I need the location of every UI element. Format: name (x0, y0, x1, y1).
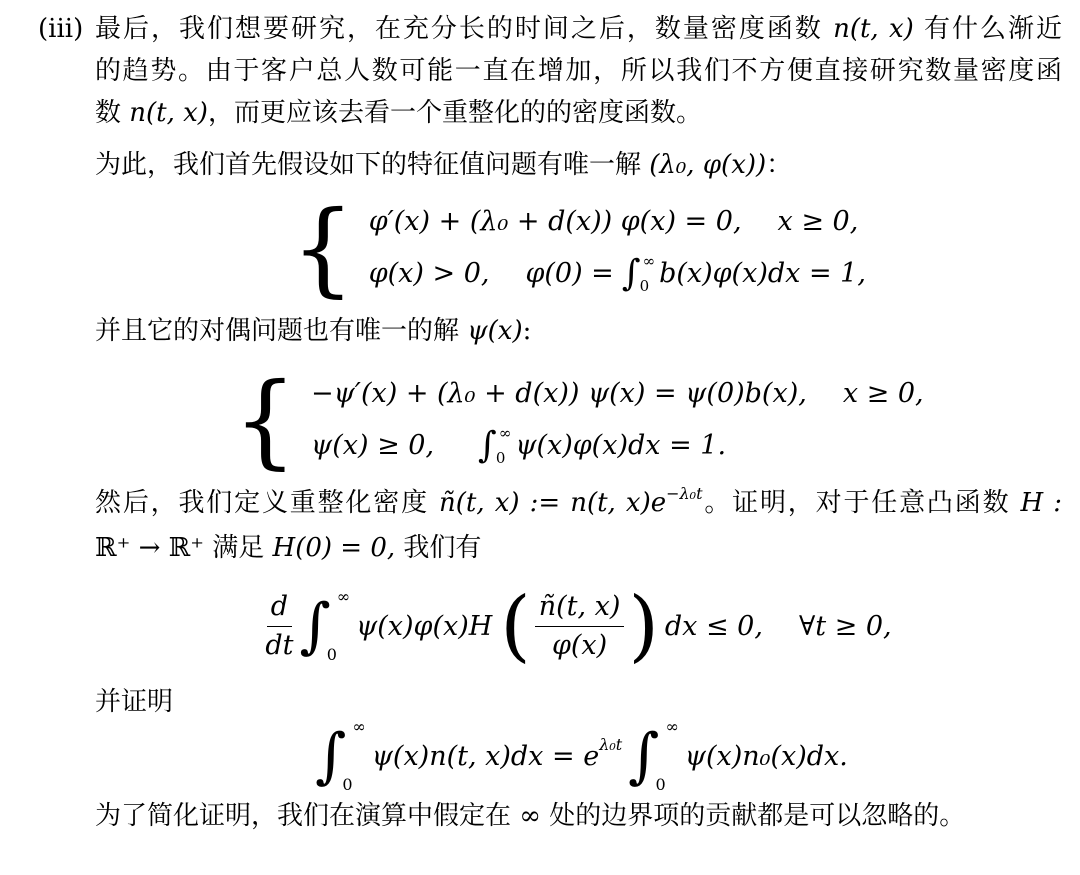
math-run: ψ(x)φ(x)dx = 1. (515, 424, 726, 468)
integral-upper-limit: ∞ (643, 254, 656, 269)
renorm-line-1: 然后，我们定义重整化密度 ñ(t, x) := n(t, x)e−λ₀t。证明，… (95, 482, 1062, 527)
inline-math: (λ₀, φ(x)) (649, 150, 766, 180)
intro-line-3: 数 n(t, x)，而更应该去看一个重整化的的密度函数。 (95, 92, 1062, 134)
inline-math: H : (1021, 488, 1063, 518)
integral-upper-limit: ∞ (352, 719, 365, 735)
integral-limits: ∞0 (641, 254, 656, 294)
eigenvalue-intro-paragraph: 为此，我们首先假设如下的特征值问题有唯一解 (λ₀, φ(x))： (95, 144, 1062, 186)
cases-block: { φ′(x) + (λ₀ + d(x)) φ(x) = 0,x ≥ 0, φ(… (291, 200, 866, 296)
text-run: 然后，我们定义重整化密度 (95, 488, 439, 518)
exponent-superscript: λ₀t (599, 735, 622, 754)
big-left-paren: ( (500, 587, 530, 665)
item-marker: (iii) (38, 8, 95, 837)
math-run: x ≥ 0, (843, 372, 924, 416)
item-content: 最后，我们想要研究，在充分长的时间之后，数量密度函数 n(t, x) 有什么渐近… (95, 8, 1062, 837)
math-run: b(x)φ(x)dx = 1, (659, 252, 866, 296)
integral-limits: ∞0 (346, 723, 365, 789)
text-run: : (523, 316, 532, 346)
conservation-equation: ∫ ∞0 ψ(x)n(t, x)dx = eλ₀t ∫ ∞0 ψ(x)n₀(x)… (95, 723, 1062, 789)
renormalized-density-paragraph: 然后，我们定义重整化密度 ñ(t, x) := n(t, x)e−λ₀t。证明，… (95, 482, 1062, 569)
math-run: x ≥ 0, (778, 200, 859, 244)
exponent-superscript: −λ₀t (666, 484, 702, 503)
inline-math: H(0) = 0, (273, 533, 396, 563)
text-run: 数 (95, 98, 129, 128)
integral-upper-limit: ∞ (337, 589, 350, 605)
integral-inline: ∫ ∞0 (478, 426, 511, 466)
prove-paragraph: 并证明 (95, 681, 1062, 723)
inline-math: ℝ⁺ → ℝ⁺ (95, 533, 204, 563)
final-remark-paragraph: 为了简化证明，我们在演算中假定在 ∞ 处的边界项的贡献都是可以忽略的。 (95, 795, 1062, 837)
integral-lower-limit: 0 (655, 777, 678, 793)
cases-row-1: −ψ′(x) + (λ₀ + d(x)) ψ(x) = ψ(0)b(x),x ≥… (311, 372, 924, 416)
integral-lower-limit: 0 (342, 777, 365, 793)
integral-lower-limit: 0 (496, 451, 512, 466)
dual-problem-equation: { −ψ′(x) + (λ₀ + d(x)) ψ(x) = ψ(0)b(x),x… (95, 372, 1062, 468)
inline-math: ψ(x) (467, 316, 522, 346)
integral-upper-limit: ∞ (499, 426, 512, 441)
fraction-numerator: ñ(t, x) (535, 591, 625, 626)
text-run: 为了简化证明，我们在演算中假定在 (95, 801, 519, 831)
dual-intro-paragraph: 并且它的对偶问题也有唯一的解 ψ(x): (95, 310, 1062, 352)
inner-fraction: ñ(t, x)φ(x) (535, 591, 625, 660)
intro-paragraph: 最后，我们想要研究，在充分长的时间之后，数量密度函数 n(t, x) 有什么渐近… (95, 8, 1062, 134)
cases-row-2: ψ(x) ≥ 0, ∫ ∞0 ψ(x)φ(x)dx = 1. (311, 424, 924, 468)
integral-symbol: ∫ (478, 428, 497, 464)
cases-row-1: φ′(x) + (λ₀ + d(x)) φ(x) = 0,x ≥ 0, (369, 200, 866, 244)
text-run: 有什么渐近 (914, 14, 1062, 44)
math-run: ψ(x)φ(x)H (356, 611, 492, 642)
text-run: 的趋势。由于客户总人数可能一直在增加，所以我们不方便直接研究数量密度函 (95, 56, 1062, 86)
text-run: 。证明，对于任意凸函数 (703, 488, 1021, 518)
left-brace: { (291, 200, 355, 297)
big-right-paren: ) (628, 587, 658, 665)
text-run: 为此，我们首先假设如下的特征值问题有唯一解 (95, 150, 649, 180)
text-run: 并且它的对偶问题也有唯一的解 (95, 316, 467, 346)
text-run: 我们有 (395, 533, 481, 563)
math-run: dx ≤ 0, (665, 611, 763, 642)
integral-limits: ∞0 (659, 723, 678, 789)
intro-line-2: 的趋势。由于客户总人数可能一直在增加，所以我们不方便直接研究数量密度函 (95, 50, 1062, 92)
integral-limits: ∞0 (497, 426, 512, 466)
math-run: φ(0) = (525, 252, 613, 296)
cases-rows: φ′(x) + (λ₀ + d(x)) φ(x) = 0,x ≥ 0, φ(x)… (369, 200, 866, 296)
integral-limits: ∞0 (331, 593, 350, 659)
integral-display: ∫ ∞0 (315, 723, 366, 789)
math-run: ∀t ≥ 0, (799, 611, 892, 642)
math-run: φ(x) > 0, (369, 252, 490, 296)
fraction-denominator: φ(x) (552, 627, 607, 661)
cases-block: { −ψ′(x) + (λ₀ + d(x)) ψ(x) = ψ(0)b(x),x… (233, 372, 923, 468)
math-run: ψ(x)n(t, x)dx = e (372, 741, 599, 772)
eigenvalue-problem-equation: { φ′(x) + (λ₀ + d(x)) φ(x) = 0,x ≥ 0, φ(… (95, 200, 1062, 296)
text-run: ，而更应该去看一个重整化的的密度函数。 (208, 98, 702, 128)
integral-inline: ∫ ∞0 (622, 254, 655, 294)
inline-math: ñ(t, x) := n(t, x)e (439, 488, 666, 518)
entropy-inequality-equation: ddt ∫ ∞0 ψ(x)φ(x)H ( ñ(t, x)φ(x) ) dx ≤ … (95, 587, 1062, 665)
inline-math: n(t, x) (129, 98, 208, 128)
text-run: 并证明 (95, 687, 173, 717)
integral-display: ∫ ∞0 (628, 723, 679, 789)
integral-display: ∫ ∞0 (299, 593, 350, 659)
math-run: −ψ′(x) + (λ₀ + d(x)) ψ(x) = ψ(0)b(x), (311, 372, 807, 416)
item-iii: (iii) 最后，我们想要研究，在充分长的时间之后，数量密度函数 n(t, x)… (38, 8, 1062, 837)
text-run: 满足 (204, 533, 273, 563)
derivative-fraction: ddt (265, 591, 293, 660)
fraction-denominator: dt (265, 627, 293, 661)
text-run: 处的边界项的贡献都是可以忽略的。 (541, 801, 965, 831)
math-run: ψ(x) ≥ 0, (311, 424, 434, 468)
text-run: 最后，我们想要研究，在充分长的时间之后，数量密度函数 (95, 14, 833, 44)
document-page: (iii) 最后，我们想要研究，在充分长的时间之后，数量密度函数 n(t, x)… (0, 0, 1080, 875)
math-run: ψ(x)n₀(x)dx. (685, 741, 848, 772)
left-brace: { (233, 372, 297, 469)
integral-lower-limit: 0 (327, 647, 350, 663)
intro-line-1: 最后，我们想要研究，在充分长的时间之后，数量密度函数 n(t, x) 有什么渐近 (95, 8, 1062, 50)
text-run: ： (766, 150, 792, 180)
renorm-line-2: ℝ⁺ → ℝ⁺ 满足 H(0) = 0, 我们有 (95, 527, 1062, 569)
fraction-numerator: d (267, 591, 292, 626)
inline-math: ∞ (519, 801, 541, 831)
integral-lower-limit: 0 (640, 279, 656, 294)
inline-math: n(t, x) (833, 14, 914, 44)
math-run: φ′(x) + (λ₀ + d(x)) φ(x) = 0, (369, 200, 742, 244)
integral-upper-limit: ∞ (665, 719, 678, 735)
cases-rows: −ψ′(x) + (λ₀ + d(x)) ψ(x) = ψ(0)b(x),x ≥… (311, 372, 924, 468)
integral-symbol: ∫ (622, 256, 641, 292)
cases-row-2: φ(x) > 0,φ(0) = ∫ ∞0 b(x)φ(x)dx = 1, (369, 252, 866, 296)
